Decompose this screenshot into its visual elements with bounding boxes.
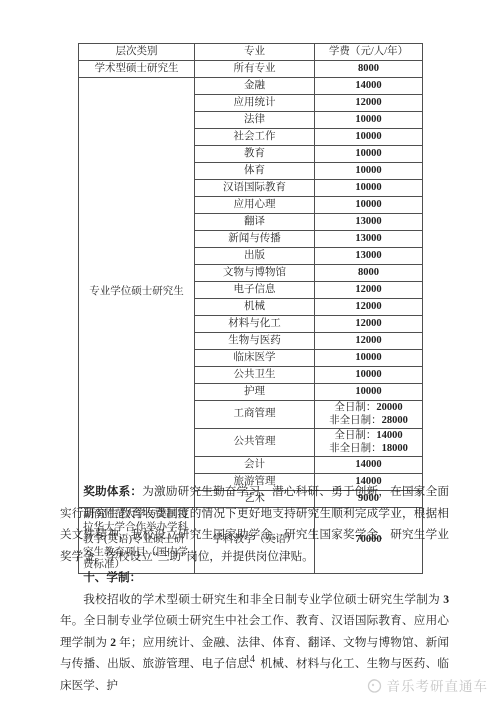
fee-value: 13000: [355, 216, 381, 227]
fee-cell: 全日制：20000非全日制：28000: [315, 401, 423, 429]
fee-value: 13000: [355, 250, 381, 261]
fee-cell: 10000: [315, 129, 423, 146]
fee-value: 10000: [355, 148, 381, 159]
fee-line: 10000: [317, 386, 420, 399]
header-row: 层次类别专业学费（元/人/年）: [79, 44, 423, 61]
fee-value: 12000: [355, 301, 381, 312]
major-cell: 金融: [195, 78, 315, 95]
major-cell: 所有专业: [195, 61, 315, 78]
category-cell: 专业学位硕士研究生: [79, 78, 195, 508]
major-cell: 应用统计: [195, 95, 315, 112]
fee-line: 10000: [317, 369, 420, 382]
fee-cell: 8000: [315, 265, 423, 282]
fee-cell: 10000: [315, 112, 423, 129]
fee-line: 10000: [317, 182, 420, 195]
fee-cell: 13000: [315, 214, 423, 231]
fee-line: 10000: [317, 114, 420, 127]
fee-line: 10000: [317, 352, 420, 365]
fee-value: 12000: [355, 335, 381, 346]
column-header: 专业: [195, 44, 315, 61]
fee-value: 12000: [355, 318, 381, 329]
fee-value: 12000: [355, 284, 381, 295]
fee-cell: 全日制：14000非全日制：18000: [315, 429, 423, 457]
major-cell: 公共管理: [195, 429, 315, 457]
major-cell: 教育: [195, 146, 315, 163]
fee-label: 非全日制：: [329, 415, 382, 426]
fee-cell: 8000: [315, 61, 423, 78]
fee-line: 10000: [317, 131, 420, 144]
fee-value: 10000: [355, 369, 381, 380]
watermark-text: 音乐考研直通车: [387, 675, 489, 695]
fee-label: 全日制：: [334, 430, 376, 441]
major-cell: 汉语国际教育: [195, 180, 315, 197]
text-run: 我校招收的学术型硕士研究生和非全日制专业学位硕士研究生学制为: [83, 593, 443, 606]
fee-value: 8000: [358, 267, 379, 278]
major-cell: 材料与化工: [195, 316, 315, 333]
fee-cell: 10000: [315, 350, 423, 367]
fee-value: 10000: [355, 165, 381, 176]
watermark-logo-icon: [366, 677, 383, 694]
fee-line: 12000: [317, 318, 420, 331]
fee-cell: 12000: [315, 95, 423, 112]
major-cell: 社会工作: [195, 129, 315, 146]
major-cell: 公共卫生: [195, 367, 315, 384]
fee-value: 20000: [376, 402, 402, 413]
fee-value: 10000: [355, 182, 381, 193]
fee-cell: 10000: [315, 197, 423, 214]
major-cell: 生物与医药: [195, 333, 315, 350]
fee-line: 13000: [317, 233, 420, 246]
fee-cell: 14000: [315, 78, 423, 95]
fee-line: 12000: [317, 97, 420, 110]
fee-value: 8000: [358, 63, 379, 74]
table-header: 层次类别专业学费（元/人/年）: [79, 44, 423, 61]
table-row: 学术型硕士研究生所有专业8000: [79, 61, 423, 78]
fee-label: 全日制：: [334, 402, 376, 413]
major-cell: 工商管理: [195, 401, 315, 429]
major-cell: 新闻与传播: [195, 231, 315, 248]
column-header: 学费（元/人/年）: [315, 44, 423, 61]
fee-cell: 10000: [315, 163, 423, 180]
fee-line: 10000: [317, 199, 420, 212]
fee-value: 12000: [355, 97, 381, 108]
category-cell: 学术型硕士研究生: [79, 61, 195, 78]
fee-cell: 12000: [315, 333, 423, 350]
major-cell: 机械: [195, 299, 315, 316]
fee-cell: 10000: [315, 367, 423, 384]
column-header: 层次类别: [79, 44, 195, 61]
fee-line: 非全日制：18000: [317, 443, 420, 456]
fee-line: 全日制：20000: [317, 402, 420, 415]
fee-line: 10000: [317, 165, 420, 178]
fee-value: 28000: [382, 415, 408, 426]
section-heading: 十、学制：: [60, 567, 449, 589]
fee-line: 14000: [317, 459, 420, 472]
fee-value: 18000: [382, 443, 408, 454]
emphasized-text: 奖助体系：: [83, 485, 142, 498]
award-paragraph: 奖助体系：为激励研究生勤奋学习、潜心科研、勇于创新，在国家全面实行研究生教育收费…: [60, 481, 449, 567]
major-cell: 会计: [195, 457, 315, 474]
fee-line: 13000: [317, 216, 420, 229]
table-row: 专业学位硕士研究生金融14000: [79, 78, 423, 95]
major-cell: 体育: [195, 163, 315, 180]
fee-line: 14000: [317, 80, 420, 93]
fee-cell: 10000: [315, 384, 423, 401]
fee-value: 10000: [355, 352, 381, 363]
page-number: 14: [0, 654, 500, 665]
fee-value: 10000: [355, 114, 381, 125]
fee-value: 10000: [355, 199, 381, 210]
fee-line: 10000: [317, 148, 420, 161]
fee-line: 8000: [317, 267, 420, 280]
fee-cell: 13000: [315, 231, 423, 248]
document-page: 层次类别专业学费（元/人/年） 学术型硕士研究生所有专业8000专业学位硕士研究…: [0, 0, 500, 707]
fee-cell: 13000: [315, 248, 423, 265]
fee-value: 13000: [355, 233, 381, 244]
fee-value: 14000: [355, 459, 381, 470]
fee-cell: 12000: [315, 316, 423, 333]
major-cell: 临床医学: [195, 350, 315, 367]
fee-line: 12000: [317, 284, 420, 297]
major-cell: 出版: [195, 248, 315, 265]
fee-line: 12000: [317, 301, 420, 314]
major-cell: 翻译: [195, 214, 315, 231]
fee-cell: 12000: [315, 282, 423, 299]
fee-value: 10000: [355, 131, 381, 142]
major-cell: 法律: [195, 112, 315, 129]
major-cell: 文物与博物馆: [195, 265, 315, 282]
fee-line: 全日制：14000: [317, 430, 420, 443]
fee-line: 8000: [317, 63, 420, 76]
fee-cell: 10000: [315, 180, 423, 197]
fee-label: 非全日制：: [329, 443, 382, 454]
fee-line: 非全日制：28000: [317, 415, 420, 428]
major-cell: 护理: [195, 384, 315, 401]
fee-line: 12000: [317, 335, 420, 348]
fee-value: 14000: [376, 430, 402, 441]
fee-value: 10000: [355, 386, 381, 397]
fee-cell: 14000: [315, 457, 423, 474]
fee-line: 13000: [317, 250, 420, 263]
major-cell: 应用心理: [195, 197, 315, 214]
fee-value: 14000: [355, 80, 381, 91]
fee-cell: 10000: [315, 146, 423, 163]
major-cell: 电子信息: [195, 282, 315, 299]
emphasized-text: 3: [443, 593, 449, 606]
fee-cell: 12000: [315, 299, 423, 316]
watermark: 音乐考研直通车: [366, 675, 489, 695]
